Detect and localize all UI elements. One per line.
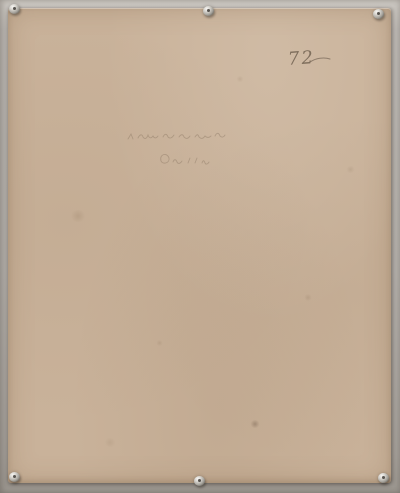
foxing-spot [156,340,163,346]
pushpin-bottom-right [378,473,389,483]
photo-frame: 72 [0,0,400,493]
foxing-spot [104,438,116,447]
foxing-spot [236,76,244,82]
pushpin-top-left [9,4,20,14]
pushpin-bottom-left [9,472,20,482]
foxing-spot [346,166,355,173]
foxing-spot [70,210,86,222]
paper-verso [8,8,391,483]
foxing-spot [304,294,312,301]
pushpin-top-right [373,9,384,19]
pushpin-top-center [203,6,214,16]
pushpin-bottom-center [194,476,205,486]
handwritten-number: 72 [287,47,315,70]
